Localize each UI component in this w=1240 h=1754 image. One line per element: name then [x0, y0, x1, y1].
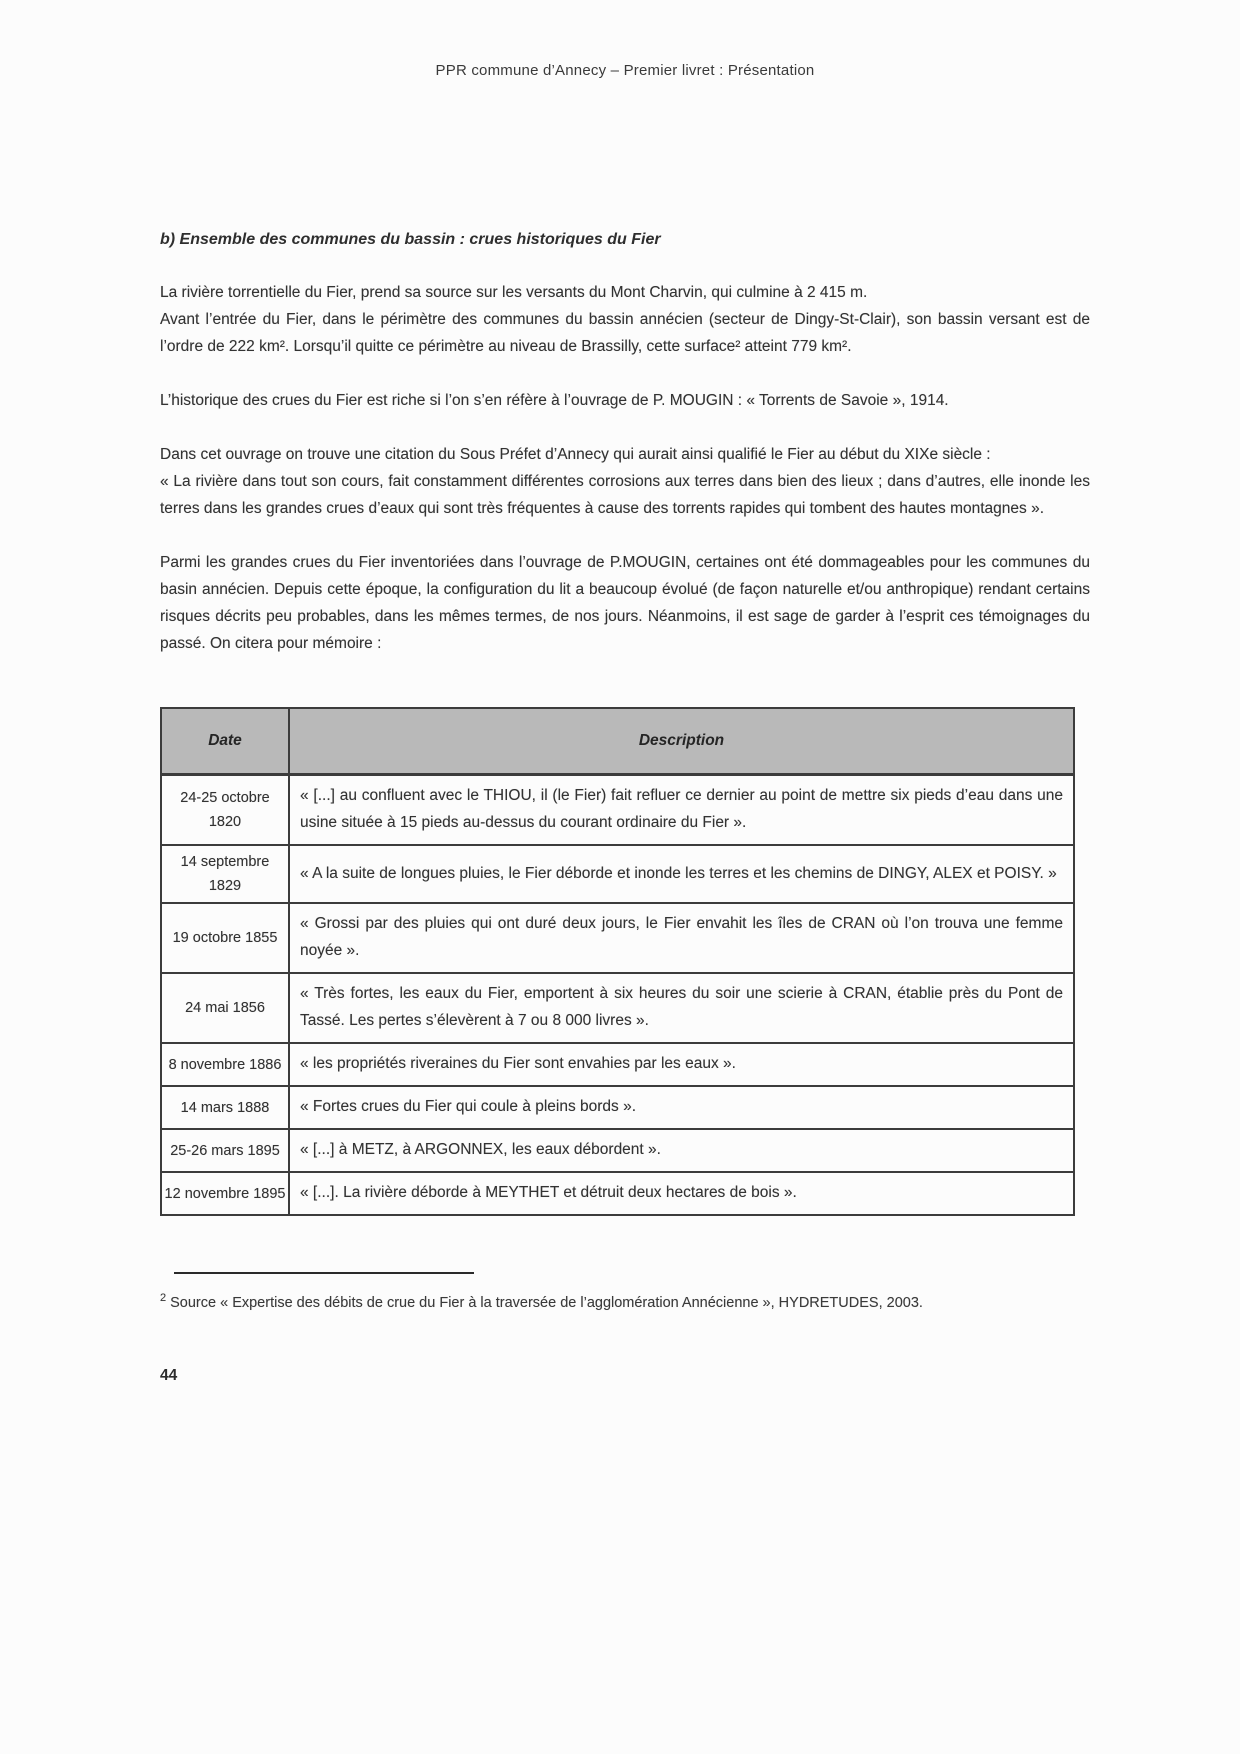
- flood-description: « Grossi par des pluies qui ont duré deu…: [289, 903, 1074, 973]
- footnote-area: 2Source « Expertise des débits de crue d…: [160, 1272, 1090, 1315]
- table-row: 24-25 octobre 1820 « [...] au confluent …: [161, 775, 1074, 846]
- paragraph: La rivière torrentielle du Fier, prend s…: [160, 279, 1090, 306]
- flood-description: « les propriétés riveraines du Fier sont…: [289, 1043, 1074, 1086]
- paragraph-block: La rivière torrentielle du Fier, prend s…: [160, 279, 1090, 360]
- table-body: 24-25 octobre 1820 « [...] au confluent …: [161, 775, 1074, 1216]
- section-heading: b) Ensemble des communes du bassin : cru…: [160, 231, 1090, 249]
- paragraph-block: Parmi les grandes crues du Fier inventor…: [160, 549, 1090, 657]
- flood-description: « Fortes crues du Fier qui coule à plein…: [289, 1086, 1074, 1129]
- footnote-text: Source « Expertise des débits de crue du…: [170, 1295, 923, 1311]
- table-row: 8 novembre 1886 « les propriétés riverai…: [161, 1043, 1074, 1086]
- paragraph: « La rivière dans tout son cours, fait c…: [160, 468, 1090, 522]
- flood-date: 24 mai 1856: [161, 973, 289, 1043]
- flood-date: 19 octobre 1855: [161, 903, 289, 973]
- paragraph: Avant l’entrée du Fier, dans le périmètr…: [160, 306, 1090, 360]
- body-text: La rivière torrentielle du Fier, prend s…: [160, 279, 1090, 657]
- flood-date: 8 novembre 1886: [161, 1043, 289, 1086]
- footnote: 2Source « Expertise des débits de crue d…: [160, 1286, 1070, 1315]
- table-row: 14 mars 1888 « Fortes crues du Fier qui …: [161, 1086, 1074, 1129]
- table-header-row: Date Description: [161, 708, 1074, 775]
- paragraph: Parmi les grandes crues du Fier inventor…: [160, 549, 1090, 657]
- table-row: 14 septembre 1829 « A la suite de longue…: [161, 845, 1074, 903]
- flood-description: « Très fortes, les eaux du Fier, emporte…: [289, 973, 1074, 1043]
- footnote-marker: 2: [160, 1292, 166, 1304]
- flood-description: « [...] à METZ, à ARGONNEX, les eaux déb…: [289, 1129, 1074, 1172]
- table-head: Date Description: [161, 708, 1074, 775]
- paragraph: L’historique des crues du Fier est riche…: [160, 387, 1090, 414]
- historic-floods-table: Date Description 24-25 octobre 1820 « [.…: [160, 707, 1075, 1216]
- table-row: 25-26 mars 1895 « [...] à METZ, à ARGONN…: [161, 1129, 1074, 1172]
- flood-description: « [...]. La rivière déborde à MEYTHET et…: [289, 1172, 1074, 1215]
- table-row: 12 novembre 1895 « [...]. La rivière déb…: [161, 1172, 1074, 1215]
- flood-description: « A la suite de longues pluies, le Fier …: [289, 845, 1074, 903]
- flood-date: 24-25 octobre 1820: [161, 775, 289, 846]
- paragraph: Dans cet ouvrage on trouve une citation …: [160, 441, 1090, 468]
- paragraph-block: Dans cet ouvrage on trouve une citation …: [160, 441, 1090, 522]
- flood-date: 14 mars 1888: [161, 1086, 289, 1129]
- document-page: PPR commune d’Annecy – Premier livret : …: [0, 0, 1240, 1754]
- footnote-separator: [174, 1272, 474, 1274]
- table-header-date: Date: [161, 708, 289, 775]
- table-header-description: Description: [289, 708, 1074, 775]
- page-number: 44: [160, 1367, 1090, 1385]
- table-row: 19 octobre 1855 « Grossi par des pluies …: [161, 903, 1074, 973]
- table-row: 24 mai 1856 « Très fortes, les eaux du F…: [161, 973, 1074, 1043]
- flood-date: 12 novembre 1895: [161, 1172, 289, 1215]
- flood-description: « [...] au confluent avec le THIOU, il (…: [289, 775, 1074, 846]
- flood-date: 14 septembre 1829: [161, 845, 289, 903]
- flood-date: 25-26 mars 1895: [161, 1129, 289, 1172]
- running-header: PPR commune d’Annecy – Premier livret : …: [160, 62, 1090, 79]
- paragraph-block: L’historique des crues du Fier est riche…: [160, 387, 1090, 414]
